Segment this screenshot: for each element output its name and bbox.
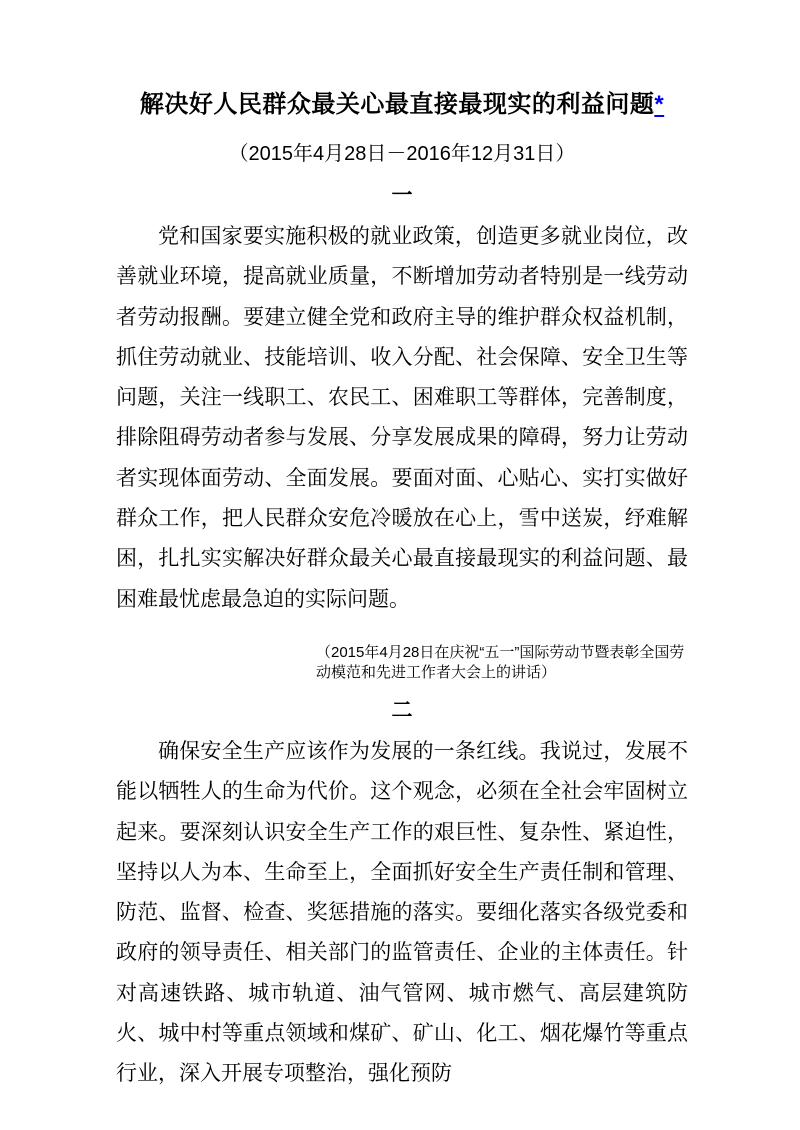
document-date-range: （2015年4月28日－2016年12月31日） bbox=[116, 139, 688, 169]
document-page: 解决好人民群众最关心最直接最现实的利益问题* （2015年4月28日－2016年… bbox=[0, 0, 800, 1130]
speech-citation: （2015年4月28日在庆祝“五一”国际劳动节暨表彰全国劳动模范和先进工作者大会… bbox=[316, 643, 688, 684]
section-marker-two: 二 bbox=[116, 696, 688, 726]
document-title-text: 解决好人民群众最关心最直接最现实的利益问题 bbox=[140, 91, 655, 118]
section-marker-one: 一 bbox=[116, 181, 688, 211]
section-one-paragraph: 党和国家要实施积极的就业政策，创造更多就业岗位，改善就业环境，提高就业质量，不断… bbox=[116, 217, 688, 620]
section-two-paragraph: 确保安全生产应该作为发展的一条红线。我说过，发展不能以牺牲人的生命为代价。这个观… bbox=[116, 732, 688, 1095]
document-title: 解决好人民群众最关心最直接最现实的利益问题* bbox=[116, 88, 688, 122]
footnote-asterisk-link[interactable]: * bbox=[654, 91, 664, 118]
